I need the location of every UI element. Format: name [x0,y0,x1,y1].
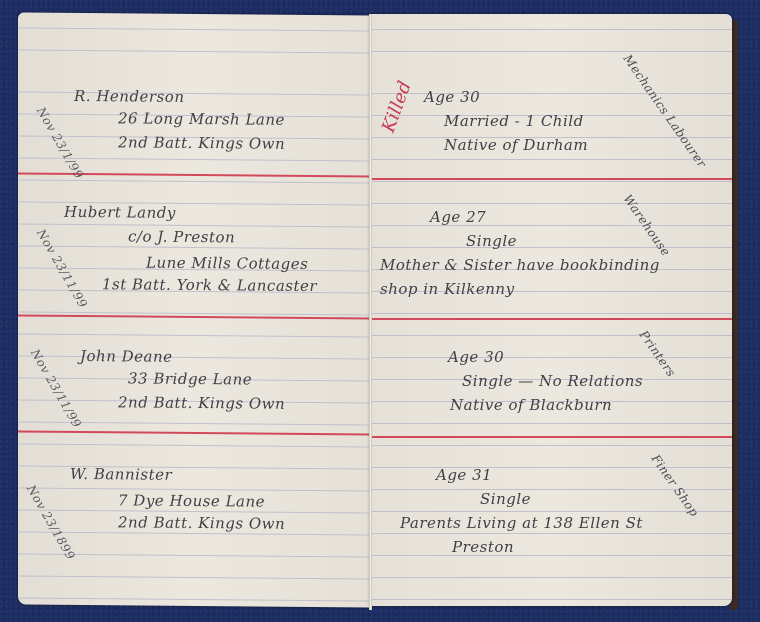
entry-divider [370,318,732,320]
entry-status: Single [466,232,517,250]
entry-divider [370,178,732,180]
entry-regiment: 2nd Batt. Kings Own [118,393,285,412]
entry-status: Single [480,490,531,508]
entry-divider [370,436,732,438]
entry-address: 26 Long Marsh Lane [118,109,285,128]
entry-age: Age 30 [448,348,504,366]
entry-status: Married - 1 Child [444,112,584,130]
entry-name: R. Henderson [74,87,185,106]
entry-name: W. Bannister [70,465,172,484]
entry-status: Single — No Relations [462,372,643,390]
entry-address: Lune Mills Cottages [146,254,308,273]
entry-detail: Mother & Sister have bookbinding [380,256,660,274]
entry-care-of: c/o J. Preston [128,227,235,246]
right-page: Age 30 Married - 1 Child Native of Durha… [370,14,732,606]
entry-name: John Deane [80,347,173,366]
entry-regiment: 2nd Batt. Kings Own [118,513,285,532]
book-spine-stitching [369,14,372,610]
entry-age: Age 27 [430,208,486,226]
entry-detail-2: Preston [452,538,514,556]
entry-regiment: 2nd Batt. Kings Own [118,133,285,152]
entry-age: Age 30 [424,88,480,106]
entry-detail-2: shop in Kilkenny [380,280,515,298]
entry-detail: Native of Blackburn [450,396,612,414]
entry-detail: Parents Living at 138 Ellen St [400,514,643,532]
entry-name: Hubert Landy [64,203,176,222]
entry-regiment: 1st Batt. York & Lancaster [102,275,317,295]
entry-address: 7 Dye House Lane [118,491,265,510]
left-page: Nov 23/1/99 R. Henderson 26 Long Marsh L… [18,12,370,607]
open-ledger-book: Nov 23/1/99 R. Henderson 26 Long Marsh L… [0,0,760,622]
entry-detail: Native of Durham [444,136,588,154]
entry-address: 33 Bridge Lane [128,369,252,388]
entry-age: Age 31 [436,466,492,484]
